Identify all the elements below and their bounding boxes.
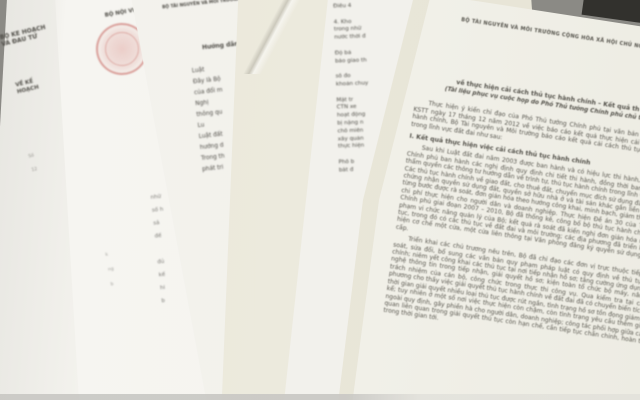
doc7-content: BỘ TÀI NGUYÊN VÀ MÔI TRƯỜNG CỘNG HÒA XÃ … bbox=[383, 12, 640, 358]
paper-crease bbox=[236, 0, 306, 74]
photo-of-stacked-documents: BỘ KẾ HOẠCH VÀ ĐẦU TƯ VỀ KẾ HOẠCH Số12 B… bbox=[0, 0, 640, 400]
photo-bottom-edge-band bbox=[0, 394, 640, 400]
